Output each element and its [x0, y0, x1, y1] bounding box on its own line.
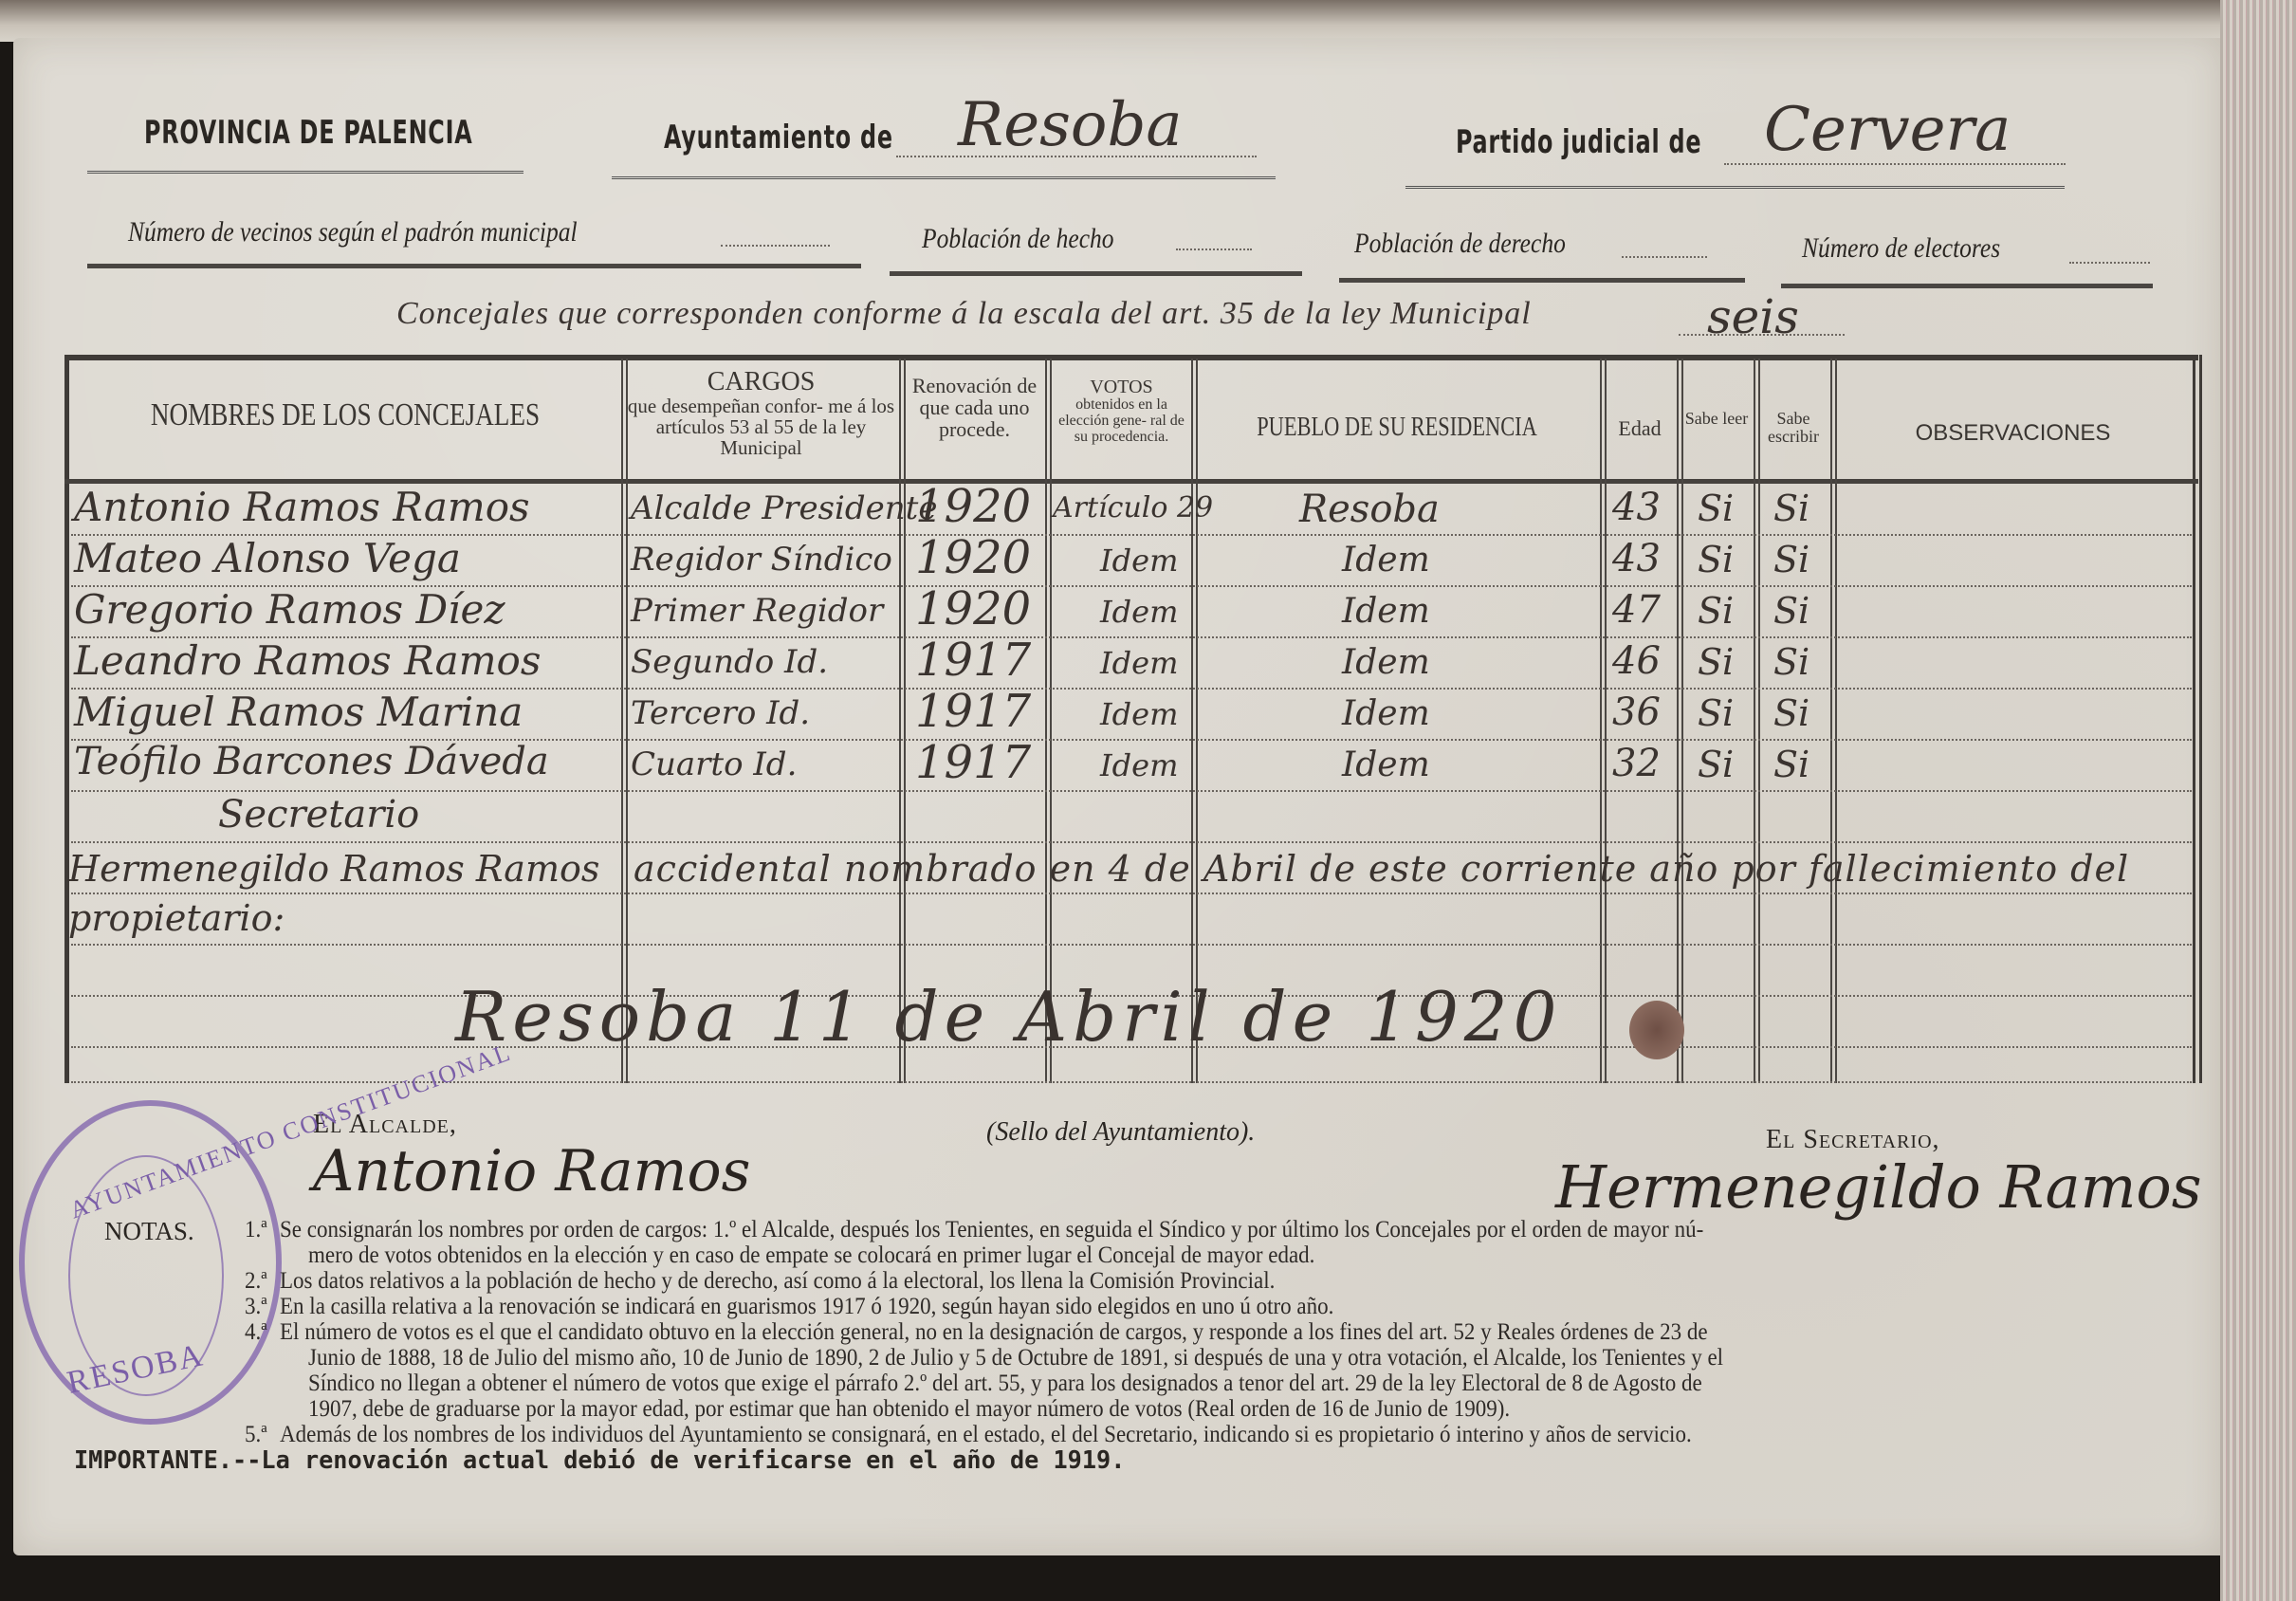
note-number: 3.ª — [245, 1294, 267, 1319]
column-header-votos: VOTOS obtenidos en la elección gene- ral… — [1053, 377, 1190, 445]
cell-renovacion: 1917 — [915, 685, 1031, 738]
cell-edad: 43 — [1612, 537, 1661, 580]
note-number: 1.ª — [245, 1217, 272, 1242]
secretario-heading: Secretario — [218, 793, 419, 837]
column-separator — [899, 359, 906, 1083]
note-4-line-1: El número de votos es el que el candidat… — [280, 1319, 1708, 1345]
cell-pueblo: Resoba — [1299, 488, 1440, 531]
divider — [1339, 278, 1745, 283]
note-4-line-2: Junio de 1888, 18 de Julio del mismo año… — [308, 1345, 1723, 1371]
poblacion-derecho-label: Población de derecho — [1354, 228, 1566, 260]
cell-pueblo: Idem — [1342, 694, 1430, 733]
note-4-line-4: 1907, debe de graduarse por la mayor eda… — [308, 1396, 1510, 1422]
concejales-label: Concejales que corresponden conforme á l… — [396, 296, 1532, 332]
cell-votos: Artículo 29 — [1053, 491, 1213, 524]
divider — [87, 264, 861, 268]
cell-cargo: Segundo Id. — [631, 643, 828, 681]
poblacion-hecho-field[interactable] — [1176, 248, 1252, 250]
ayuntamiento-value: Resoba — [958, 90, 1183, 160]
secretario-name: Hermenegildo Ramos Ramos — [68, 848, 599, 890]
divider — [612, 176, 1276, 179]
column-header-observaciones: OBSERVACIONES — [1835, 421, 2191, 445]
cell-votos: Idem — [1100, 543, 1178, 579]
column-separator — [1191, 359, 1198, 1083]
cell-renovacion: 1920 — [915, 531, 1031, 584]
poblacion-derecho-field[interactable] — [1622, 256, 1707, 258]
cell-edad: 32 — [1612, 742, 1661, 785]
cell-edad: 46 — [1612, 639, 1661, 683]
secretario-note-continued: propietario: — [68, 897, 285, 939]
cell-renovacion: 1920 — [915, 480, 1031, 533]
note-3-line-1: En la casilla relativa a la renovación s… — [280, 1294, 1333, 1319]
cell-escribir: Si — [1773, 488, 1809, 529]
cell-nombre: Miguel Ramos Marina — [74, 689, 523, 735]
column-header-cargos: CARGOS que desempeñan confor- me á los a… — [626, 368, 896, 459]
row-rule — [71, 841, 2192, 843]
provincia-heading: PROVINCIA DE PALENCIA — [144, 114, 473, 152]
cell-pueblo: Idem — [1342, 643, 1430, 682]
cargos-title: CARGOS — [626, 368, 896, 396]
cell-escribir: Si — [1773, 590, 1809, 632]
column-header-edad: Edad — [1605, 417, 1675, 439]
cell-renovacion: 1917 — [915, 634, 1031, 687]
cell-votos: Idem — [1100, 696, 1178, 732]
cell-nombre: Antonio Ramos Ramos — [74, 484, 530, 530]
cell-leer: Si — [1698, 744, 1734, 785]
column-separator — [1600, 359, 1607, 1083]
cell-cargo: Cuarto Id. — [631, 745, 797, 783]
cargos-subtitle: que desempeñan confor- me á los artículo… — [626, 396, 896, 458]
column-separator — [1830, 359, 1837, 1083]
cell-leer: Si — [1698, 488, 1734, 529]
cell-edad: 43 — [1612, 486, 1661, 529]
note-4-line-3: Síndico no llegan a obtener el número de… — [308, 1371, 1702, 1396]
cell-cargo: Regidor Síndico — [631, 541, 892, 579]
cell-pueblo: Idem — [1342, 592, 1430, 631]
cell-nombre: Leandro Ramos Ramos — [74, 637, 541, 684]
book-page-stack-edge — [2220, 0, 2296, 1601]
note-number: 5.ª — [245, 1422, 267, 1447]
partido-value: Cervera — [1764, 95, 2011, 165]
cell-leer: Si — [1698, 692, 1734, 734]
divider — [890, 271, 1302, 276]
secretario-signature: Hermenegildo Ramos — [1555, 1152, 2202, 1222]
cell-edad: 47 — [1612, 588, 1661, 632]
divider — [1405, 186, 2065, 189]
note-2-line-1: Los datos relativos a la población de he… — [280, 1268, 1275, 1294]
column-separator — [1677, 359, 1683, 1083]
note-1-line-1: Se consignarán los nombres por orden de … — [280, 1217, 1703, 1242]
poblacion-hecho-label: Población de hecho — [922, 223, 1114, 255]
partido-label: Partido judicial de — [1456, 123, 1701, 161]
row-rule — [71, 790, 2192, 792]
note-number: 4.ª — [245, 1319, 267, 1345]
cell-votos: Idem — [1100, 747, 1178, 783]
cell-cargo: Alcalde Presidente — [631, 489, 937, 527]
column-header-pueblo: PUEBLO DE SU RESIDENCIA — [1238, 414, 1556, 441]
table-right-border — [2193, 355, 2202, 1083]
column-separator — [621, 359, 628, 1083]
cell-nombre: Gregorio Ramos Díez — [74, 586, 505, 633]
cell-renovacion: 1920 — [915, 582, 1031, 635]
divider — [1781, 284, 2153, 288]
column-header-sabe-escribir: Sabe escribir — [1758, 410, 1828, 446]
cell-votos: Idem — [1100, 645, 1178, 681]
cell-escribir: Si — [1773, 539, 1809, 580]
cell-nombre: Mateo Alonso Vega — [74, 535, 461, 581]
column-header-renovacion: Renovación de que cada uno procede. — [906, 375, 1043, 440]
table-top-border — [64, 355, 2198, 360]
vecinos-field[interactable] — [721, 245, 830, 247]
note-5-line-1: Además de los nombres de los individuos … — [280, 1422, 1692, 1447]
sello-label: (Sello del Ayuntamiento). — [986, 1117, 1255, 1148]
cell-nombre: Teófilo Barcones Dáveda — [74, 740, 549, 783]
secretario-label: El Secretario, — [1766, 1125, 1940, 1155]
vecinos-label: Número de vecinos según el padrón munici… — [128, 216, 578, 248]
table-left-border — [64, 355, 69, 1083]
divider — [87, 171, 523, 174]
column-separator — [1754, 359, 1760, 1083]
cell-edad: 36 — [1612, 690, 1661, 734]
row-rule — [71, 893, 2192, 894]
book-top-edge — [0, 0, 2296, 42]
date-line: Resoba 11 de Abril de 1920 — [455, 977, 1562, 1057]
cell-leer: Si — [1698, 539, 1734, 580]
ayuntamiento-label: Ayuntamiento de — [664, 119, 893, 156]
votos-subtitle: obtenidos en la elección gene- ral de su… — [1053, 397, 1190, 445]
electores-label: Número de electores — [1802, 232, 2000, 265]
column-header-sabe-leer: Sabe leer — [1681, 410, 1752, 428]
cell-pueblo: Idem — [1342, 745, 1430, 784]
cell-pueblo: Idem — [1342, 541, 1430, 580]
cell-votos: Idem — [1100, 594, 1178, 630]
secretario-note: accidental nombrado en 4 de Abril de est… — [634, 848, 2129, 890]
notes-heading: NOTAS. — [104, 1217, 194, 1246]
note-1-line-2: mero de votos obtenidos en la elección y… — [308, 1242, 1314, 1268]
cell-renovacion: 1917 — [915, 736, 1031, 789]
votos-title: VOTOS — [1053, 377, 1190, 397]
ink-blot — [1629, 1001, 1684, 1059]
electores-field[interactable] — [2069, 262, 2150, 264]
cell-cargo: Tercero Id. — [631, 694, 810, 732]
column-separator — [1045, 359, 1052, 1083]
column-header-nombres: NOMBRES DE LOS CONCEJALES — [126, 398, 564, 432]
cell-escribir: Si — [1773, 641, 1809, 683]
cell-escribir: Si — [1773, 744, 1809, 785]
importante-notice: IMPORTANTE.--La renovación actual debió … — [74, 1446, 1125, 1475]
concejales-value: seis — [1707, 289, 1799, 344]
cell-cargo: Primer Regidor — [631, 592, 883, 630]
alcalde-signature: Antonio Ramos — [313, 1138, 750, 1205]
cell-leer: Si — [1698, 590, 1734, 632]
cell-escribir: Si — [1773, 692, 1809, 734]
row-rule — [71, 944, 2192, 946]
cell-leer: Si — [1698, 641, 1734, 683]
note-number: 2.ª — [245, 1268, 267, 1294]
